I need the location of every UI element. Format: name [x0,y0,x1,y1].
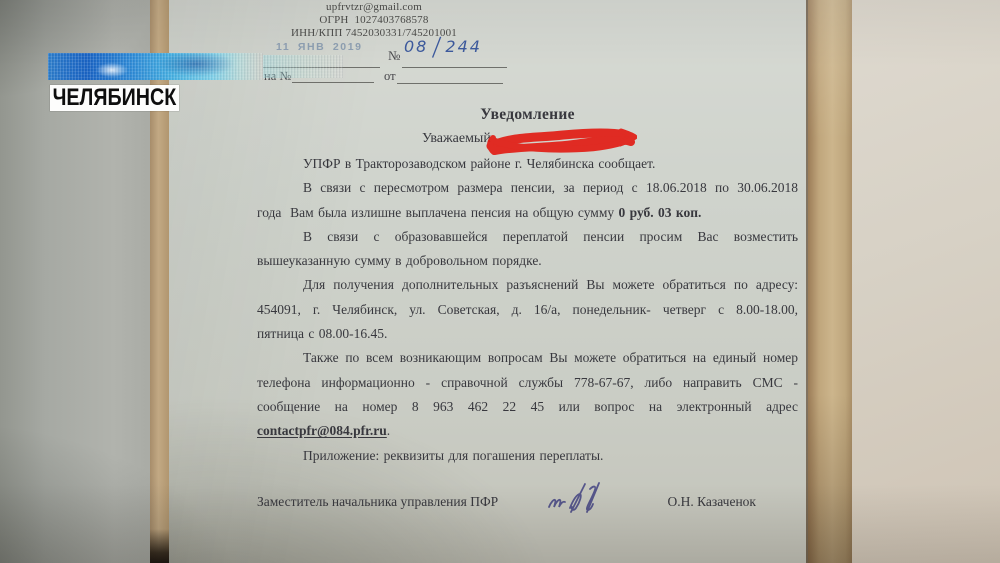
letter-text: Уведомление Уважаемый УПФР в Тракторозав… [257,103,798,514]
letterhead-ogrn: ОГРН 1027403768578 [209,14,539,27]
body-line: В связи с пересмотром размера пенсии, за… [257,176,798,200]
wood-edge-right [808,0,852,563]
number-underline [402,67,507,68]
outgoing-number-handwritten: 08/244 [404,37,482,56]
body-line: сообщение на номер 8 963 462 22 45 или в… [257,395,798,419]
body-line: Также по всем возникающим вопросам Вы мо… [257,346,798,370]
ref-number-underline [292,82,374,83]
body-line: Приложение: реквизиты для погашения пере… [257,444,798,468]
signature-mark [545,481,603,515]
letter-title: Уведомление [257,106,798,124]
region-badge-label: ЧЕЛЯБИНСК [53,86,177,110]
channel-banner-graphic [48,53,263,80]
body-line: вышеуказанную сумму в добровольном поряд… [257,249,798,273]
body-line: Для получения дополнительных разъяснений… [257,273,798,297]
signatory-name: О.Н. Казаченок [667,494,756,510]
news-photo-still: upfrvtzr@gmail.com ОГРН 1027403768578 ИН… [0,0,1000,563]
body-line: 454091, г. Челябинск, ул. Советская, д. … [257,298,798,322]
ref-date-underline [397,83,503,84]
document-page: upfrvtzr@gmail.com ОГРН 1027403768578 ИН… [169,0,808,563]
document-content: upfrvtzr@gmail.com ОГРН 1027403768578 ИН… [169,0,806,563]
body-line: года Вам была излишне выплачена пенсия н… [257,201,798,225]
signature-position: Заместитель начальника управления ПФР [257,494,498,509]
redaction-scribble [485,123,637,161]
letterhead: upfrvtzr@gmail.com ОГРН 1027403768578 ИН… [209,1,539,39]
body-line: пятница с 08.00-16.45. [257,322,798,346]
date-stamp: 11 ЯНВ 2019 [276,41,363,53]
body-line: В связи с образовавшейся переплатой пенс… [257,225,798,249]
body-line: contactpfr@084.pfr.ru. [257,419,798,443]
letter-body: УПФР в Тракторозаводском районе г. Челяб… [257,152,798,468]
signature-row: Заместитель начальника управления ПФР О.… [257,494,798,514]
region-badge: ЧЕЛЯБИНСК [50,85,179,111]
ref-date-label: от [384,69,396,84]
channel-banner-fade [263,55,343,78]
letterhead-inn-kpp: ИНН/КПП 7452030331/745201001 [209,27,539,40]
letterhead-email: upfrvtzr@gmail.com [209,1,539,14]
background-wall-right [852,0,1000,563]
number-sign-label: № [388,48,400,64]
body-line: телефона информационно - справочной служ… [257,371,798,395]
